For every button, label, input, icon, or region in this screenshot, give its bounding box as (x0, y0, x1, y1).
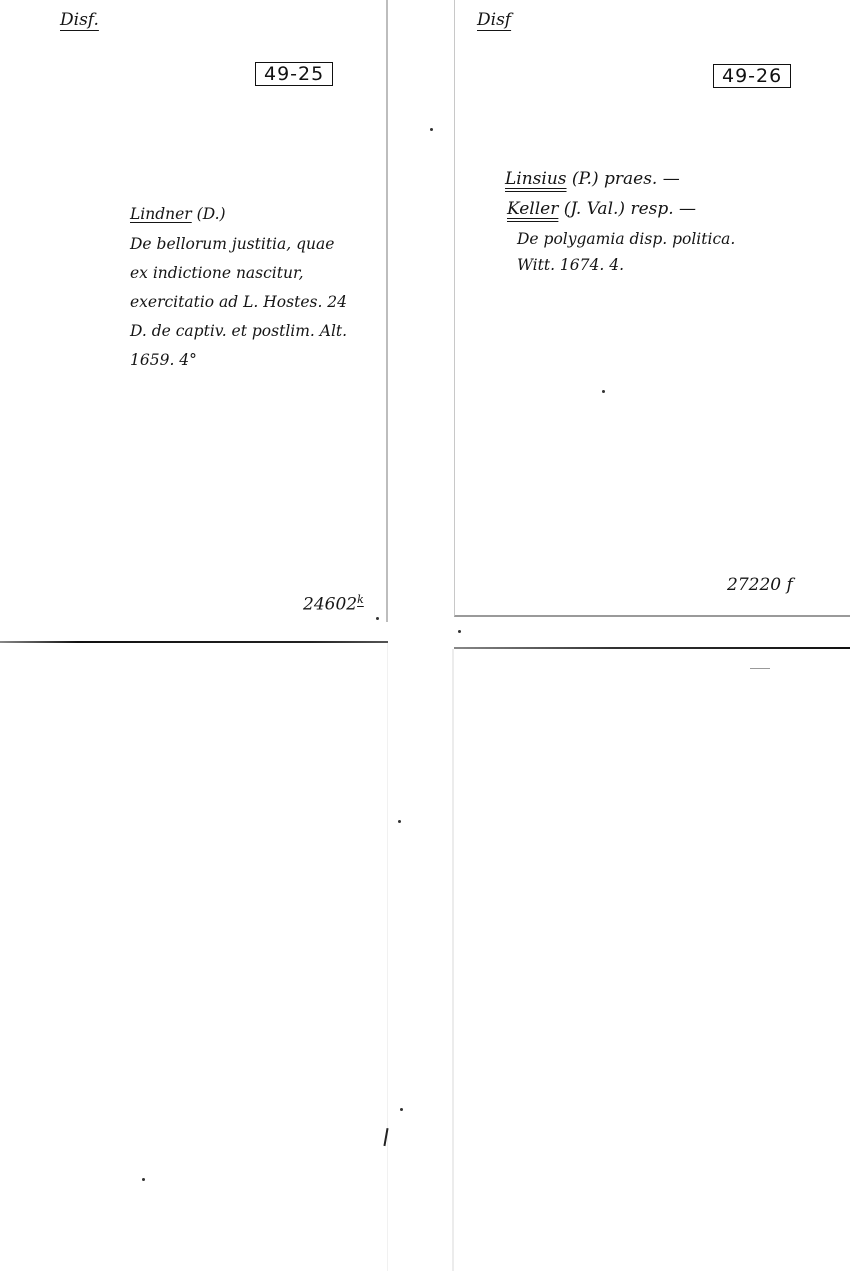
accession-suffix: f (787, 575, 793, 595)
author-initials: (D.) (197, 205, 226, 223)
call-number-box: 49-26 (713, 64, 791, 88)
scan-speck (376, 617, 379, 620)
author-name: Lindner (130, 205, 192, 223)
scan-edge-right (454, 647, 850, 649)
category-label: Disf (477, 10, 511, 30)
accession-suffix: k (357, 593, 364, 606)
call-number-box: 49-25 (255, 62, 333, 86)
imprint-line: Witt. 1674. 4. (517, 254, 624, 278)
catalog-card-left: Disf. 49-25 Lindner (D.) De bellorum jus… (0, 0, 388, 622)
respondent-initials: (J. Val.) (564, 199, 625, 219)
blank-area-divider (452, 649, 454, 1271)
title-line-3: exercitatio ad L. Hostes. 24 (130, 291, 347, 315)
imprint-line: 1659. 4° (130, 349, 197, 373)
respondent-heading: Keller (J. Val.) resp. — (507, 198, 696, 222)
blank-area-left (0, 643, 388, 1271)
author-heading: Lindner (D.) (130, 203, 226, 227)
category-label: Disf. (60, 10, 99, 30)
scan-speck (142, 1178, 145, 1181)
title-line-1: De polygamia disp. politica. (517, 228, 735, 252)
scan-speck (602, 390, 605, 393)
praeses-heading: Linsius (P.) praes. — (505, 168, 680, 192)
title-line-1: De bellorum justitia, quae (130, 233, 334, 257)
scan-speck (400, 1108, 403, 1111)
scan-speck (458, 630, 461, 633)
accession-number: 27220 f (727, 575, 793, 595)
respondent-name: Keller (507, 199, 558, 219)
accession-digits: 27220 (727, 575, 781, 595)
scan-smudge (750, 668, 770, 669)
scan-speck (398, 820, 401, 823)
accession-digits: 24602 (303, 595, 357, 615)
title-line-4: D. de captiv. et postlim. Alt. (130, 320, 347, 344)
praeses-role: praes. — (604, 169, 680, 189)
respondent-role: resp. — (630, 199, 696, 219)
praeses-initials: (P.) (572, 169, 599, 189)
title-line-2: ex indictione nascitur, (130, 262, 304, 286)
praeses-name: Linsius (505, 169, 567, 189)
catalog-card-right: Disf 49-26 Linsius (P.) praes. — Keller … (454, 0, 850, 617)
scan-speck (430, 128, 433, 131)
accession-number: 24602k (303, 593, 364, 615)
